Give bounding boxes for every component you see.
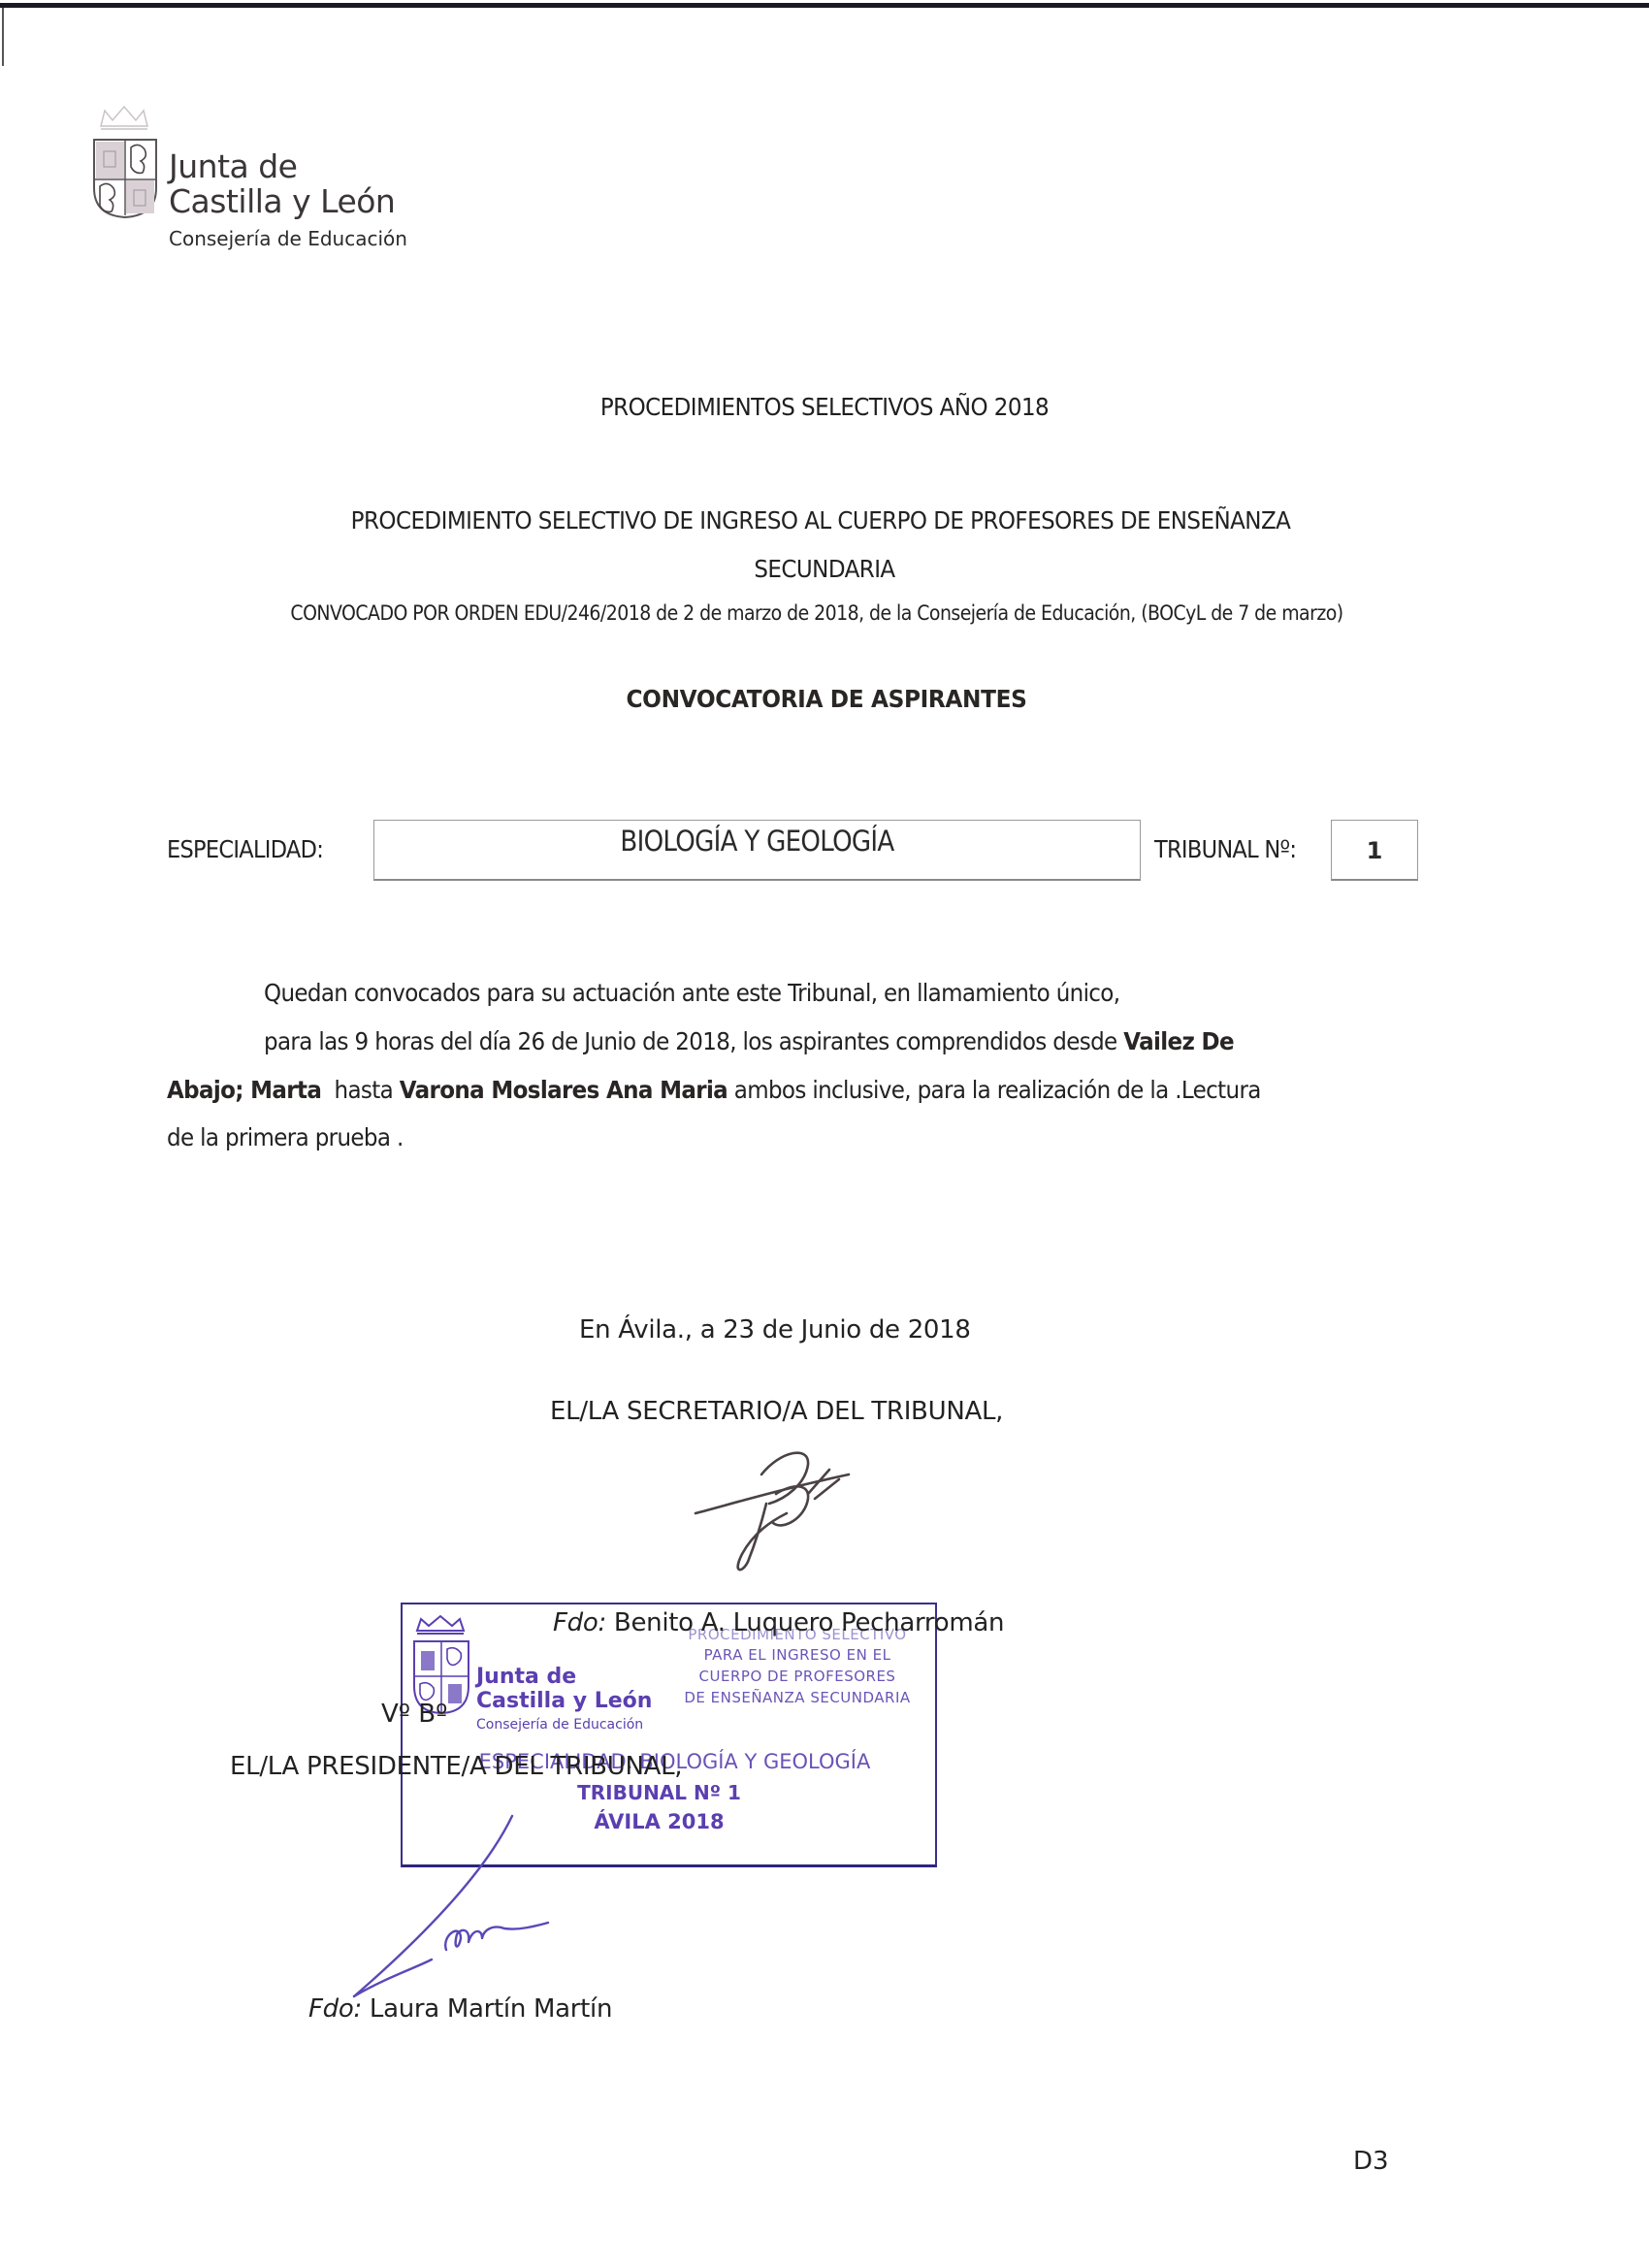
especialidad-field: BIOLOGÍA Y GEOLOGÍA bbox=[373, 820, 1141, 881]
scan-edge-left bbox=[2, 8, 4, 66]
stamp-crown-icon bbox=[413, 1613, 468, 1635]
especialidad-label: ESPECIALIDAD: bbox=[167, 835, 323, 863]
coat-of-arms-icon bbox=[92, 138, 158, 219]
section-heading: CONVOCATORIA DE ASPIRANTES bbox=[60, 685, 1594, 713]
president-signed-by: Fdo: Laura Martín Martín bbox=[308, 1994, 612, 2024]
crown-icon bbox=[97, 103, 151, 132]
stamp-right-line2: PARA EL INGRESO EN EL bbox=[666, 1646, 928, 1664]
body-line-1: Quedan convocados para su actuación ante… bbox=[264, 979, 1119, 1007]
page-identifier: D3 bbox=[1353, 2147, 1389, 2176]
stamp-org-line2: Castilla y León bbox=[476, 1689, 652, 1713]
secretary-title: EL/LA SECRETARIO/A DEL TRIBUNAL, bbox=[550, 1397, 1003, 1426]
president-title: EL/LA PRESIDENTE/A DEL TRIBUNAL, bbox=[230, 1752, 682, 1781]
place-date: En Ávila., a 23 de Junio de 2018 bbox=[579, 1315, 971, 1345]
tribunal-field: 1 bbox=[1331, 820, 1418, 881]
org-name-line2: Castilla y León bbox=[169, 182, 395, 220]
fdo-label: Fdo: bbox=[308, 1994, 362, 2024]
document-title: PROCEDIMIENTOS SELECTIVOS AÑO 2018 bbox=[66, 393, 1583, 421]
fdo-label: Fdo: bbox=[553, 1608, 606, 1637]
visto-bueno: Vº Bº bbox=[381, 1700, 447, 1729]
scan-edge-top bbox=[0, 3, 1649, 8]
stamp-org-line1: Junta de bbox=[476, 1665, 576, 1689]
body-text: ambos inclusive, para la realización de … bbox=[727, 1076, 1261, 1104]
header-logo: Junta de Castilla y León Consejería de E… bbox=[89, 99, 438, 254]
stamp-org-line3: Consejería de Educación bbox=[476, 1717, 643, 1733]
procedure-title-line2: SECUNDARIA bbox=[66, 555, 1583, 583]
tribunal-label: TRIBUNAL Nº: bbox=[1154, 835, 1296, 863]
body-line-2: para las 9 horas del día 26 de Junio de … bbox=[264, 1027, 1234, 1055]
stamp-right-line3: CUERPO DE PROFESORES bbox=[666, 1668, 928, 1685]
body-line-4: de la primera prueba . bbox=[167, 1123, 404, 1151]
secretary-signed-by: Fdo: Benito A. Luquero Pecharromán bbox=[553, 1608, 1004, 1637]
from-candidate-name-cont: Abajo; Marta bbox=[167, 1076, 321, 1104]
president-signature bbox=[335, 1814, 567, 2003]
org-name-line1: Junta de bbox=[169, 147, 297, 185]
from-candidate-name: Vailez De bbox=[1123, 1027, 1234, 1055]
especialidad-value: BIOLOGÍA Y GEOLOGÍA bbox=[412, 825, 1101, 858]
to-candidate-name: Varona Moslares Ana Maria bbox=[400, 1076, 727, 1104]
body-text: para las 9 horas del día 26 de Junio de … bbox=[264, 1027, 1123, 1055]
secretary-signature bbox=[694, 1445, 868, 1576]
order-reference: CONVOCADO POR ORDEN EDU/246/2018 de 2 de… bbox=[75, 601, 1559, 625]
secretary-name: Benito A. Luquero Pecharromán bbox=[606, 1608, 1004, 1637]
stamp-right-line4: DE ENSEÑANZA SECUNDARIA bbox=[666, 1689, 928, 1706]
body-line-3: Abajo; Marta hasta Varona Moslares Ana M… bbox=[167, 1076, 1261, 1104]
org-department: Consejería de Educación bbox=[169, 227, 407, 250]
body-text: Quedan convocados para su actuación ante… bbox=[264, 979, 1119, 1007]
tribunal-value: 1 bbox=[1332, 837, 1417, 864]
body-text: de la primera prueba . bbox=[167, 1123, 404, 1151]
procedure-title-line1: PROCEDIMIENTO SELECTIVO DE INGRESO AL CU… bbox=[62, 506, 1579, 535]
stamp-tribunal: TRIBUNAL Nº 1 bbox=[393, 1781, 925, 1804]
body-text: hasta bbox=[321, 1076, 400, 1104]
president-name: Laura Martín Martín bbox=[362, 1994, 612, 2024]
